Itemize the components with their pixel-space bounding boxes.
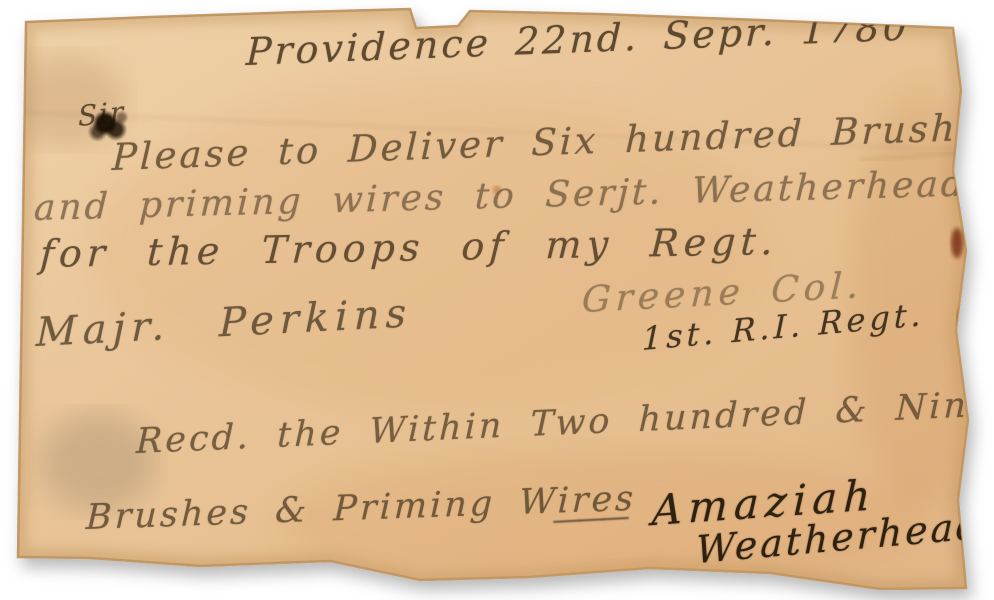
scanned-document-stage: Providence 22nd. Sepr. 1780 Sir Please t…: [0, 0, 994, 600]
document-paper: Providence 22nd. Sepr. 1780 Sir Please t…: [0, 0, 994, 600]
addressee: Majr. Perkins: [36, 290, 413, 356]
ink-blot: [86, 106, 134, 144]
body-line-3: for the Troops of my Regt.: [39, 219, 779, 276]
receipt-line-1: Recd. the Within Two hundred & Nine: [135, 385, 993, 462]
receipt-dash: ———: [551, 499, 625, 538]
